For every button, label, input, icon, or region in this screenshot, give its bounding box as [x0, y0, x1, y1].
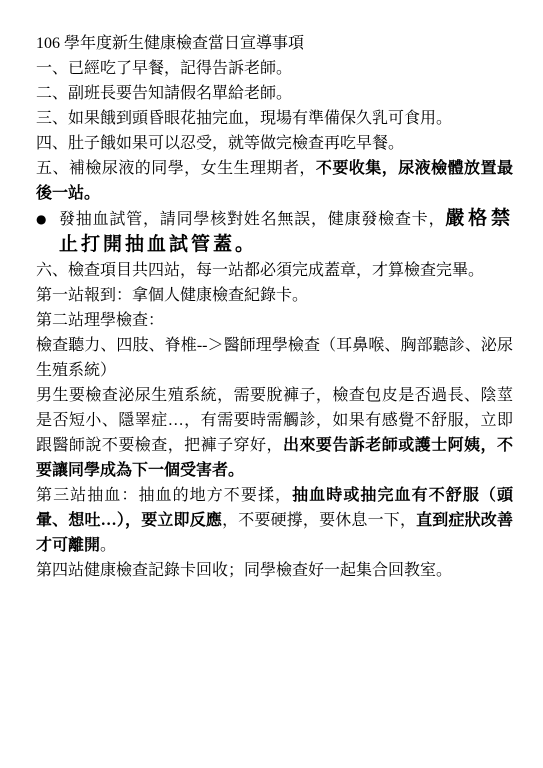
- paragraph: 五、補檢尿液的同學，女生生理期者，不要收集，尿液檢體放置最後一站。: [36, 156, 513, 206]
- document-page: 106 學年度新生健康檢查當日宣導事項 一、已經吃了早餐，記得告訴老師。二、副班…: [0, 0, 543, 768]
- document-body: 一、已經吃了早餐，記得告訴老師。二、副班長要告知請假名單給老師。三、如果餓到頭昏…: [36, 56, 513, 583]
- text-run: 第一站報到：拿個人健康檢查紀錄卡。: [36, 287, 308, 304]
- text-run: 第二站理學檢查：: [36, 312, 164, 329]
- paragraph: 二、副班長要告知請假名單給老師。: [36, 81, 513, 106]
- paragraph: 第一站報到：拿個人健康檢查紀錄卡。: [36, 283, 513, 308]
- text-run: 發抽血試管，請同學核對姓名無誤，健康發檢查卡，: [59, 211, 445, 228]
- paragraph: 男生要檢查泌尿生殖系統，需要脫褲子，檢查包皮是否過長、陰莖是否短小、隱睪症…，有…: [36, 383, 513, 483]
- text-run: 六、檢查項目共四站，每一站都必須完成蓋章，才算檢查完畢。: [36, 262, 484, 279]
- paragraph: 第三站抽血：抽血的地方不要揉，抽血時或抽完血有不舒服（頭暈、想吐…），要立即反應…: [36, 483, 513, 558]
- paragraph: 一、已經吃了早餐，記得告訴老師。: [36, 56, 513, 81]
- text-run: 檢查聽力、四肢、脊椎--＞醫師理學檢查（耳鼻喉、胸部聽診、泌尿生殖系統）: [36, 337, 513, 379]
- text-run: 五、補檢尿液的同學，女生生理期者，: [36, 160, 316, 177]
- paragraph: 六、檢查項目共四站，每一站都必須完成蓋章，才算檢查完畢。: [36, 258, 513, 283]
- paragraph: 四、肚子餓如果可以忍受，就等做完檢查再吃早餐。: [36, 131, 513, 156]
- bullet-icon: ●: [36, 207, 46, 232]
- text-run: 三、如果餓到頭昏眼花抽完血，現場有準備保久乳可食用。: [36, 110, 452, 127]
- text-run: 第三站抽血：抽血的地方不要揉，: [36, 487, 292, 504]
- text-run: 四、肚子餓如果可以忍受，就等做完檢查再吃早餐。: [36, 135, 404, 152]
- bullet-paragraph: ●發抽血試管，請同學核對姓名無誤，健康發檢查卡，嚴格禁止打開抽血試管蓋。: [36, 206, 513, 258]
- paragraph: 第二站理學檢查：: [36, 308, 513, 333]
- document-body-wrapper: 106 學年度新生健康檢查當日宣導事項 一、已經吃了早餐，記得告訴老師。二、副班…: [36, 31, 513, 583]
- text-run: 一、已經吃了早餐，記得告訴老師。: [36, 60, 292, 77]
- paragraph: 第四站健康檢查記錄卡回收；同學檢查好一起集合回教室。: [36, 558, 513, 583]
- text-run: 第四站健康檢查記錄卡回收；同學檢查好一起集合回教室。: [36, 562, 452, 579]
- document-title: 106 學年度新生健康檢查當日宣導事項: [36, 31, 513, 56]
- text-run: 二、副班長要告知請假名單給老師。: [36, 85, 292, 102]
- paragraph: 三、如果餓到頭昏眼花抽完血，現場有準備保久乳可食用。: [36, 106, 513, 131]
- text-run: ，不要硬撐，要休息一下，: [222, 512, 416, 529]
- paragraph: 檢查聽力、四肢、脊椎--＞醫師理學檢查（耳鼻喉、胸部聽診、泌尿生殖系統）: [36, 333, 513, 383]
- text-run: 。: [100, 537, 116, 554]
